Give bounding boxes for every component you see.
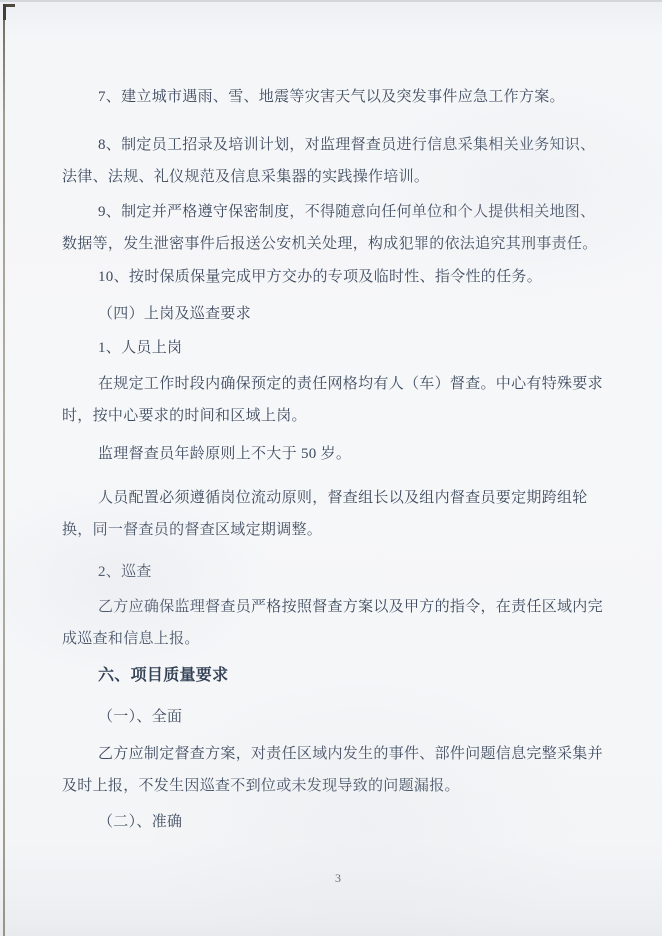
page-number: 3 bbox=[0, 868, 662, 888]
paragraph-rotation: 人员配置必须遵循岗位流动原则，督查组长以及组内督查员要定期跨组轮 换，同一督查员… bbox=[62, 482, 602, 546]
paragraph-item-8: 8、制定员工招录及培训计划，对监理督查员进行信息采集相关业务知识、 法律、法规、… bbox=[62, 129, 602, 193]
paragraph-age-rule: 监理督查员年龄原则上不大于 50 岁。 bbox=[62, 438, 602, 470]
paragraph-duty-post: 在规定工作时段内确保预定的责任网格均有人（车）督查。中心有特殊要求 时，按中心要… bbox=[62, 368, 602, 432]
subitem-heading-2: 2、巡查 bbox=[62, 556, 602, 588]
subsection-heading-2: （二）、准确 bbox=[62, 806, 602, 838]
scan-left-edge bbox=[3, 5, 5, 936]
document-body: 7、建立城市遇雨、雪、地震等灾害天气以及突发事件应急工作方案。 8、制定员工招录… bbox=[62, 81, 602, 838]
subsection-heading-1: （一）、全面 bbox=[62, 701, 602, 733]
scan-top-edge bbox=[0, 0, 662, 2]
paragraph-item-9: 9、制定并严格遵守保密制度，不得随意向任何单位和个人提供相关地图、 数据等，发生… bbox=[62, 196, 602, 260]
paragraph-item-10: 10、按时保质保量完成甲方交办的专项及临时性、指令性的任务。 bbox=[62, 261, 602, 293]
scan-corner-mark bbox=[3, 4, 6, 20]
paragraph-complete: 乙方应制定督查方案，对责任区域内发生的事件、部件问题信息完整采集并 及时上报，不… bbox=[62, 738, 602, 802]
paragraph-patrol: 乙方应确保监理督查员严格按照督查方案以及甲方的指令，在责任区域内完 成巡查和信息… bbox=[62, 591, 602, 655]
subitem-heading-1: 1、人员上岗 bbox=[62, 332, 602, 364]
section-heading-quality: 六、项目质量要求 bbox=[62, 660, 602, 692]
scanned-document-page: 7、建立城市遇雨、雪、地震等灾害天气以及突发事件应急工作方案。 8、制定员工招录… bbox=[0, 0, 662, 936]
paragraph-item-7: 7、建立城市遇雨、雪、地震等灾害天气以及突发事件应急工作方案。 bbox=[62, 81, 602, 113]
subsection-heading-4: （四）上岗及巡查要求 bbox=[62, 298, 602, 330]
